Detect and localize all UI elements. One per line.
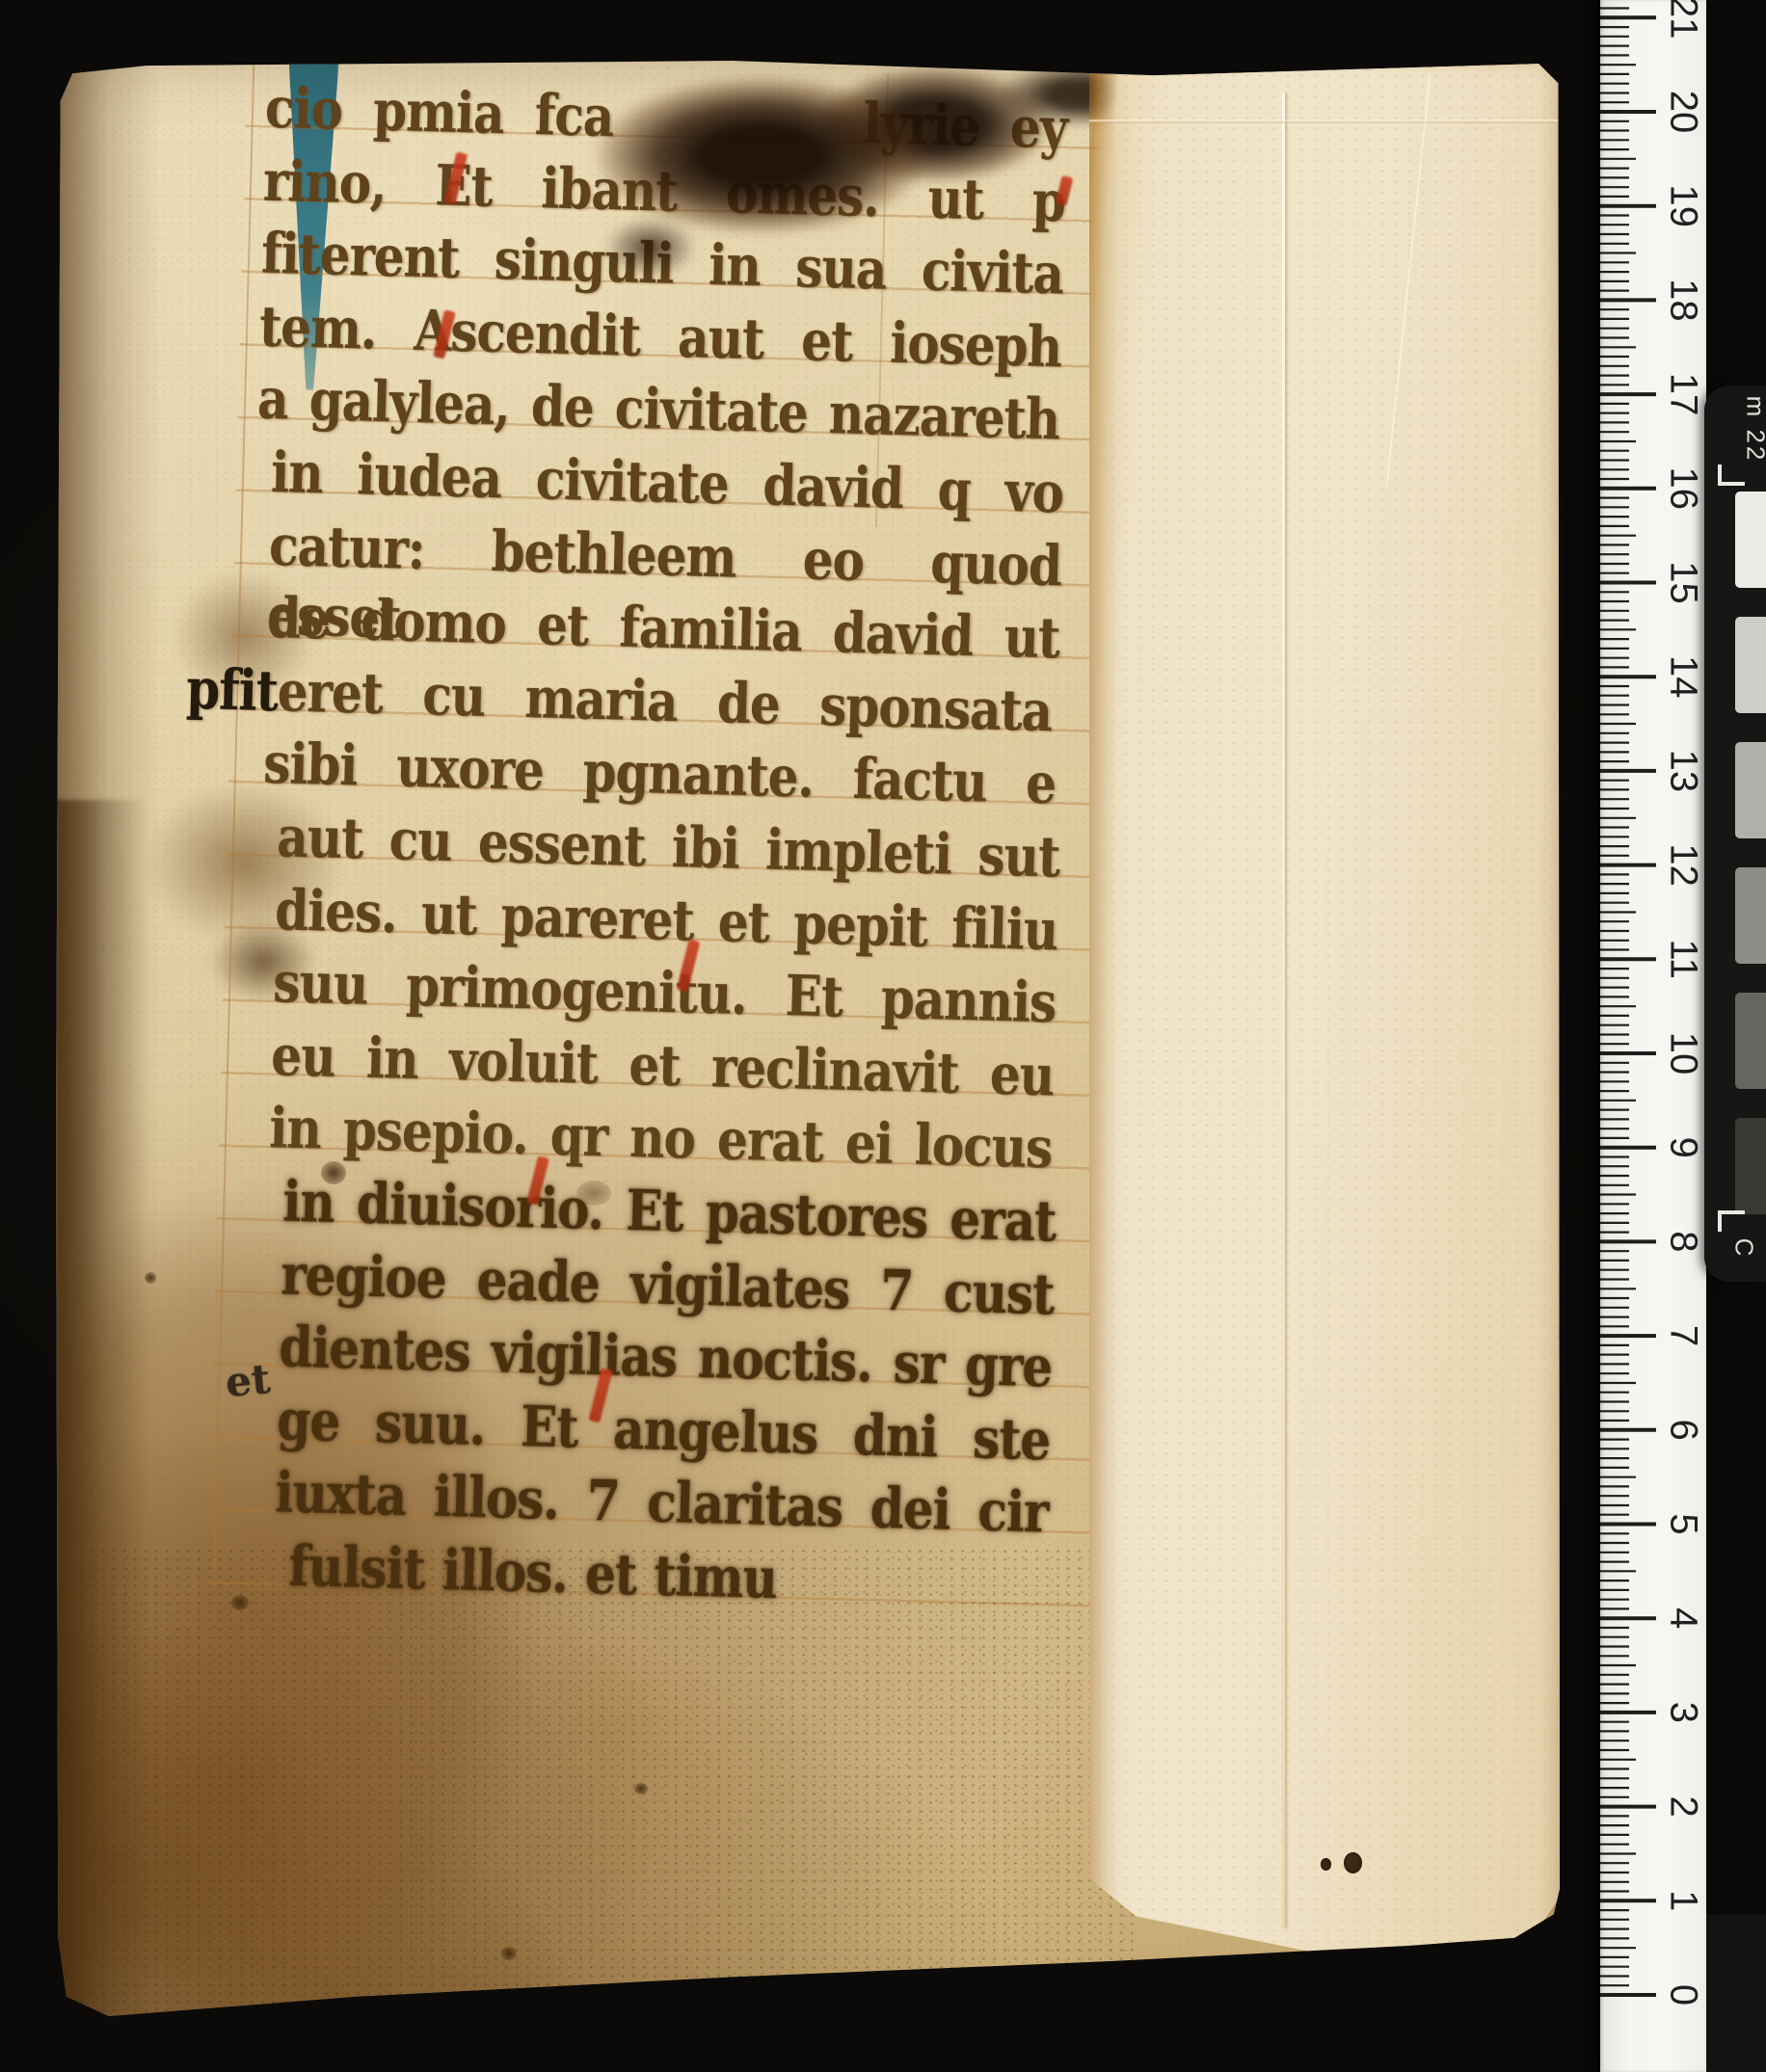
svg-text:14: 14 [1662, 655, 1704, 699]
grayscale-patch [1735, 491, 1766, 588]
svg-text:4: 4 [1662, 1607, 1704, 1629]
svg-text:11: 11 [1662, 940, 1704, 980]
svg-text:9: 9 [1662, 1137, 1704, 1158]
margin-note: et [224, 1355, 272, 1406]
svg-text:1: 1 [1662, 1890, 1704, 1911]
text-line: fulsit illos. et timu [288, 1531, 1054, 1621]
ruler-ticks: 0123456789101112131415161718192021 [1600, 0, 1706, 2072]
svg-text:16: 16 [1662, 467, 1704, 511]
svg-text:0: 0 [1662, 1984, 1704, 2006]
ink-spot [634, 1783, 648, 1794]
svg-text:8: 8 [1662, 1231, 1704, 1252]
overwritten-ink: pfit [185, 655, 278, 724]
svg-text:5: 5 [1662, 1513, 1704, 1534]
registration-mark-icon [1718, 1210, 1745, 1232]
wormhole [1344, 1852, 1362, 1873]
card-label: m 22 [1740, 396, 1766, 464]
parchment-fold-flap [1089, 58, 1560, 1964]
manuscript-page: cio pmia fca lyrie eyrino, Et ibant omes… [56, 58, 1560, 2016]
text-block: cio pmia fca lyrie eyrino, Et ibant omes… [13, 52, 1213, 1720]
svg-text:2: 2 [1662, 1795, 1704, 1817]
margin-ruling-line [213, 64, 254, 1572]
grayscale-card: m 22 C [1704, 385, 1766, 1282]
svg-text:6: 6 [1662, 1420, 1704, 1441]
card-label: C [1728, 1238, 1758, 1260]
grayscale-patch [1735, 867, 1766, 964]
grayscale-patch [1735, 617, 1766, 713]
svg-text:13: 13 [1662, 750, 1704, 793]
svg-text:12: 12 [1662, 843, 1704, 887]
svg-text:17: 17 [1662, 373, 1704, 416]
svg-text:18: 18 [1662, 279, 1704, 322]
svg-text:20: 20 [1662, 91, 1704, 134]
fold-crease [1282, 93, 1285, 1928]
grayscale-patch [1735, 993, 1766, 1089]
wormhole [1321, 1858, 1331, 1871]
svg-text:7: 7 [1662, 1325, 1704, 1346]
svg-text:15: 15 [1662, 561, 1704, 604]
registration-mark-icon [1718, 465, 1745, 486]
grayscale-patch [1735, 742, 1766, 838]
ink-spot [501, 1947, 517, 1960]
svg-text:10: 10 [1662, 1032, 1704, 1076]
fold-crease [1386, 74, 1432, 487]
svg-text:21: 21 [1662, 0, 1704, 40]
svg-text:19: 19 [1662, 184, 1704, 227]
grayscale-patch [1735, 1118, 1766, 1214]
photograph: cio pmia fca lyrie eyrino, Et ibant omes… [0, 0, 1766, 2072]
svg-text:3: 3 [1662, 1702, 1704, 1723]
ruler: 0123456789101112131415161718192021 [1600, 0, 1706, 2072]
